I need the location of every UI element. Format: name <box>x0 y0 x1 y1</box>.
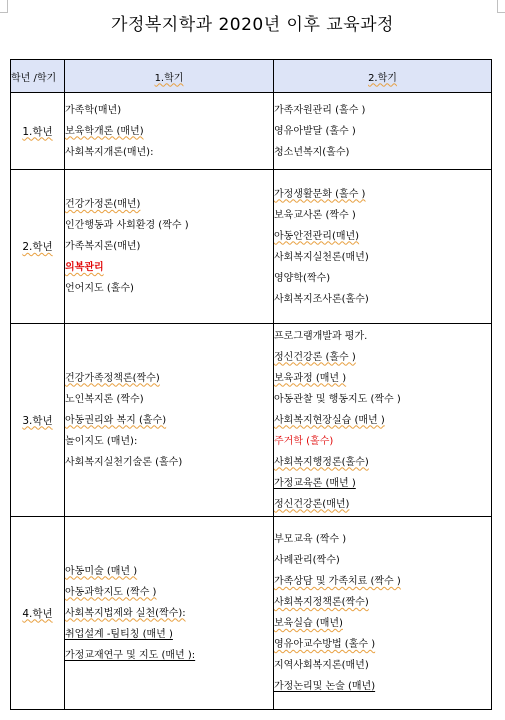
course-name: 노인복지론 (짝수) <box>65 394 144 405</box>
course-item: 사회복지실천기술론 (홀수) <box>65 452 273 473</box>
year-label: 1.학년 <box>22 126 52 138</box>
course-name: 가족자원관리 (홀수 ) <box>274 105 365 116</box>
course-name: 건강가정론(매년) <box>65 199 140 210</box>
course-name: 사회복지개론(매년): <box>65 147 153 158</box>
course-item: 청소년복지(홀수) <box>274 142 491 163</box>
course-item: 아동권리와 복지 (홀수) <box>65 410 273 431</box>
course-item: 가족학(매년) <box>65 100 273 121</box>
course-item: 정신건강론(매년) <box>274 494 491 515</box>
course-name: 정신건강론(매년) <box>274 499 349 510</box>
year-label: 2.학년 <box>22 241 52 253</box>
course-item: 보육과정 (매년 ) <box>274 368 491 389</box>
course-name: 가족복지론(매년) <box>65 241 140 252</box>
course-name: 사회복지법제와 실천(짝수): <box>65 608 186 619</box>
course-item: 가족복지론(매년) <box>65 236 273 257</box>
course-item: 사례관리(짝수) <box>274 550 491 571</box>
course-item: 취업설계 -팀티칭 (매년 ) <box>65 624 273 645</box>
course-item: 아동안전관리(매년) <box>274 226 491 247</box>
course-item: 아동관찰 및 행동지도 (짝수 ) <box>274 389 491 410</box>
header-semester-2-label: 2.학기 <box>368 73 397 84</box>
course-name: 놀이지도 (매년): <box>65 436 137 447</box>
course-name: 아동과학지도 (짝수 ) <box>65 587 156 598</box>
course-item: 영유아교수방법 (홀수 ) <box>274 634 491 655</box>
course-item: 가정교재연구 및 지도 (매년 ): <box>65 645 273 666</box>
semester-2-cell: 프로그램개발과 평가.정신건강론 (홀수 )보육과정 (매년 )아동관찰 및 행… <box>274 324 492 517</box>
header-semester-1-label: 1.학기 <box>155 73 184 84</box>
header-semester-1: 1.학기 <box>65 60 274 93</box>
course-item: 지역사회복지론(매년) <box>274 655 491 676</box>
course-item: 보육실습 (매년) <box>274 613 491 634</box>
course-name: 건강가족정책론(짝수) <box>65 373 160 384</box>
course-name: 사회복지조사론(홀수) <box>274 294 369 305</box>
year-label: 4.학년 <box>22 608 52 620</box>
course-item: 아동미술 (매년 ) <box>65 561 273 582</box>
curriculum-table: 학년 /학기 1.학기 2.학기 1.학년가족학(매년)보육학개론 (매년)사회… <box>10 59 492 710</box>
course-item: 사회복지실천론(매년) <box>274 247 491 268</box>
course-name: 영유아발달 (홀수 ) <box>274 126 356 137</box>
header-semester-2: 2.학기 <box>274 60 492 93</box>
course-item: 건강가족정책론(짝수) <box>65 368 273 389</box>
semester-1-cell: 가족학(매년)보육학개론 (매년)사회복지개론(매년): <box>65 93 274 170</box>
course-name: 가정생활문화 (홀수 ) <box>274 189 365 200</box>
course-name: 영양학(짝수) <box>274 273 330 284</box>
semester-2-cell: 가족자원관리 (홀수 )영유아발달 (홀수 )청소년복지(홀수) <box>274 93 492 170</box>
course-item: 주거학 (홀수) <box>274 431 491 452</box>
document-title: 가정복지학과 2020년 이후 교육과정 <box>0 10 505 35</box>
course-item: 가정교육론 (매년 ) <box>274 473 491 494</box>
course-name: 가정교재연구 및 지도 (매년 ): <box>65 650 195 661</box>
semester-1-cell: 아동미술 (매년 )아동과학지도 (짝수 )사회복지법제와 실천(짝수):취업설… <box>65 517 274 710</box>
course-item: 사회복지개론(매년): <box>65 142 273 163</box>
course-name: 가정논리및 논술 (매년) <box>274 681 375 692</box>
course-item: 프로그램개발과 평가. <box>274 326 491 347</box>
table-row: 4.학년아동미술 (매년 )아동과학지도 (짝수 )사회복지법제와 실천(짝수)… <box>11 517 492 710</box>
course-name: 사회복지행정론(홀수) <box>274 457 369 468</box>
course-name: 사회복지현장실습 (매년 ) <box>274 415 385 426</box>
course-item: 보육교사론 (짝수 ) <box>274 205 491 226</box>
course-name: 보육교사론 (짝수 ) <box>274 210 356 221</box>
table-row: 1.학년가족학(매년)보육학개론 (매년)사회복지개론(매년):가족자원관리 (… <box>11 93 492 170</box>
course-item: 아동과학지도 (짝수 ) <box>65 582 273 603</box>
year-cell: 4.학년 <box>11 517 65 710</box>
course-name: 가정교육론 (매년 ) <box>274 478 356 489</box>
course-item: 보육학개론 (매년) <box>65 121 273 142</box>
semester-1-cell: 건강가정론(매년)인간행동과 사회환경 (짝수 )가족복지론(매년)의복관리언어… <box>65 170 274 324</box>
course-name: 아동관찰 및 행동지도 (짝수 ) <box>274 394 401 405</box>
course-name: 아동안전관리(매년) <box>274 231 359 242</box>
course-item: 건강가정론(매년) <box>65 194 273 215</box>
course-item: 가족상담 및 가족치료 (짝수 ) <box>274 571 491 592</box>
course-item: 가족자원관리 (홀수 ) <box>274 100 491 121</box>
course-name: 아동미술 (매년 ) <box>65 566 137 577</box>
course-name: 취업설계 -팀티칭 (매년 ) <box>65 629 173 640</box>
course-item: 사회복지행정론(홀수) <box>274 452 491 473</box>
course-name: 언어지도 (홀수) <box>65 283 134 294</box>
course-name: 인간행동과 사회환경 (짝수 ) <box>65 220 189 231</box>
course-name: 정신건강론 (홀수 ) <box>274 352 356 363</box>
course-name: 사례관리(짝수) <box>274 555 340 566</box>
course-name: 지역사회복지론(매년) <box>274 660 369 671</box>
header-year-semester: 학년 /학기 <box>11 60 65 93</box>
year-label: 3.학년 <box>22 415 52 427</box>
course-name: 청소년복지(홀수) <box>274 147 349 158</box>
year-cell: 3.학년 <box>11 324 65 517</box>
semester-1-cell: 건강가족정책론(짝수)노인복지론 (짝수)아동권리와 복지 (홀수)놀이지도 (… <box>65 324 274 517</box>
course-name: 프로그램개발과 평가. <box>274 331 367 342</box>
course-name: 영유아교수방법 (홀수 ) <box>274 639 375 650</box>
course-name: 보육실습 (매년) <box>274 618 343 629</box>
course-item: 노인복지론 (짝수) <box>65 389 273 410</box>
table-header-row: 학년 /학기 1.학기 2.학기 <box>11 60 492 93</box>
course-name: 부모교육 (짝수 ) <box>274 534 346 545</box>
course-item: 의복관리 <box>65 257 273 278</box>
course-name: 의복관리 <box>65 262 104 273</box>
semester-2-cell: 부모교육 (짝수 )사례관리(짝수)가족상담 및 가족치료 (짝수 )사회복지정… <box>274 517 492 710</box>
table-row: 3.학년건강가족정책론(짝수)노인복지론 (짝수)아동권리와 복지 (홀수)놀이… <box>11 324 492 517</box>
course-name: 사회복지정책론(짝수) <box>274 597 369 608</box>
course-name: 가족상담 및 가족치료 (짝수 ) <box>274 576 401 587</box>
course-item: 부모교육 (짝수 ) <box>274 529 491 550</box>
course-name: 주거학 (홀수) <box>274 436 333 447</box>
semester-2-cell: 가정생활문화 (홀수 )보육교사론 (짝수 )아동안전관리(매년)사회복지실천론… <box>274 170 492 324</box>
course-item: 놀이지도 (매년): <box>65 431 273 452</box>
course-item: 영양학(짝수) <box>274 268 491 289</box>
course-item: 인간행동과 사회환경 (짝수 ) <box>65 215 273 236</box>
course-item: 영유아발달 (홀수 ) <box>274 121 491 142</box>
course-item: 사회복지법제와 실천(짝수): <box>65 603 273 624</box>
course-item: 사회복지현장실습 (매년 ) <box>274 410 491 431</box>
course-item: 가정생활문화 (홀수 ) <box>274 184 491 205</box>
course-name: 사회복지실천기술론 (홀수) <box>65 457 182 468</box>
course-name: 아동권리와 복지 (홀수) <box>65 415 166 426</box>
course-item: 정신건강론 (홀수 ) <box>274 347 491 368</box>
course-name: 사회복지실천론(매년) <box>274 252 369 263</box>
course-name: 가족학(매년) <box>65 105 121 116</box>
course-item: 가정논리및 논술 (매년) <box>274 676 491 697</box>
year-cell: 2.학년 <box>11 170 65 324</box>
table-row: 2.학년건강가정론(매년)인간행동과 사회환경 (짝수 )가족복지론(매년)의복… <box>11 170 492 324</box>
course-item: 언어지도 (홀수) <box>65 278 273 299</box>
course-item: 사회복지조사론(홀수) <box>274 289 491 310</box>
course-item: 사회복지정책론(짝수) <box>274 592 491 613</box>
year-cell: 1.학년 <box>11 93 65 170</box>
course-name: 보육학개론 (매년) <box>65 126 144 137</box>
course-name: 보육과정 (매년 ) <box>274 373 346 384</box>
